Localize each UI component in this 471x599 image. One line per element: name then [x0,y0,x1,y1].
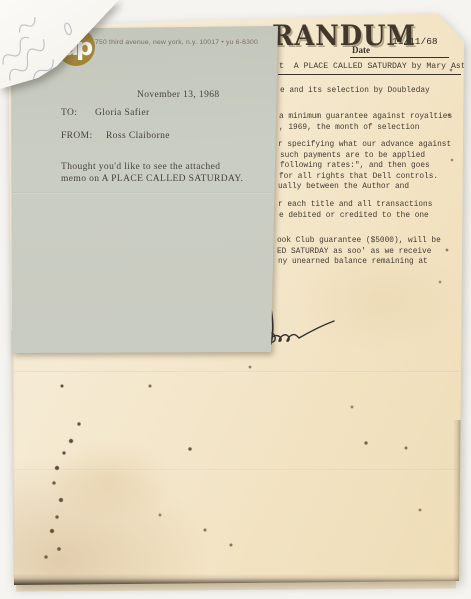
fold-crease [11,192,273,194]
memorandum-paper: RANDUM Date 11/11/68 t A PLACE CALLED SA… [0,0,471,599]
memo-date-underline [350,57,449,58]
signature [246,298,338,358]
cover-memo-sheet: dp 750 third avenue, new york, n.y. 1001… [0,0,471,599]
handwritten-note-paper [0,0,130,95]
memo-body-fragment: ny unearned balance remaining at [278,258,428,267]
handwritten-note [0,0,471,599]
from-value: Ross Claiborne [106,131,170,142]
pencil-scribbles [0,0,130,95]
memo-body-fragment: such payments are to be applied [280,152,425,161]
memo-subject-underline [278,74,461,75]
letterhead-address: 750 third avenue, new york, n.y. 10017 •… [95,39,258,46]
cover-memo-body-line: memo on A PLACE CALLED SATURDAY. [61,174,243,185]
memo-body-fragment: e and its selection by Doubleday [280,87,430,96]
memo-body-fragment: ED SATURDAY as soo' as we receive [277,248,431,257]
memo-subject-fragment: t A PLACE CALLED SATURDAY by Mary Astor [279,62,471,71]
fold-crease [14,371,459,373]
memo-date-value: 11/11/68 [392,36,438,47]
memo-body-fragment: following rates:", and then goes [280,162,430,171]
to-label: TO: [61,108,77,119]
dp-logo-icon: dp [56,27,96,67]
memo-body-fragment: , 1969, the month of selection [279,124,419,133]
memo-body-fragment: ually between the Author and [278,183,409,192]
memo-body-fragment: e debited or credited to the one [279,212,429,221]
svg-text:dp: dp [62,33,93,61]
under-sheet-edge [16,560,456,591]
memo-body-fragment: r each title and all transactions [278,201,432,210]
fold-crease [14,469,459,471]
memo-body-fragment: ook Club guarantee ($5000), will be [277,237,441,246]
cover-memo-paper: dp 750 third avenue, new york, n.y. 1001… [0,0,471,599]
memorandum-sheet: RANDUM Date 11/11/68 t A PLACE CALLED SA… [0,0,471,599]
memo-body-fragment: a minimum guarantee against royalties [279,113,452,122]
to-value: Gloria Safier [95,108,150,119]
memorandum-title-fragment: RANDUM [272,21,416,51]
cover-memo-date: November 13, 1968 [137,90,220,101]
from-label: FROM: [61,131,93,142]
memo-body-fragment: for all rights that Dell controls. [279,173,438,182]
cover-memo-body-line: Thought you'd like to see the attached [61,162,220,173]
memo-body-fragment: r specifying what our advance against [278,141,451,150]
memo-date-label: Date [352,45,370,55]
toner-edge-left [5,330,16,586]
